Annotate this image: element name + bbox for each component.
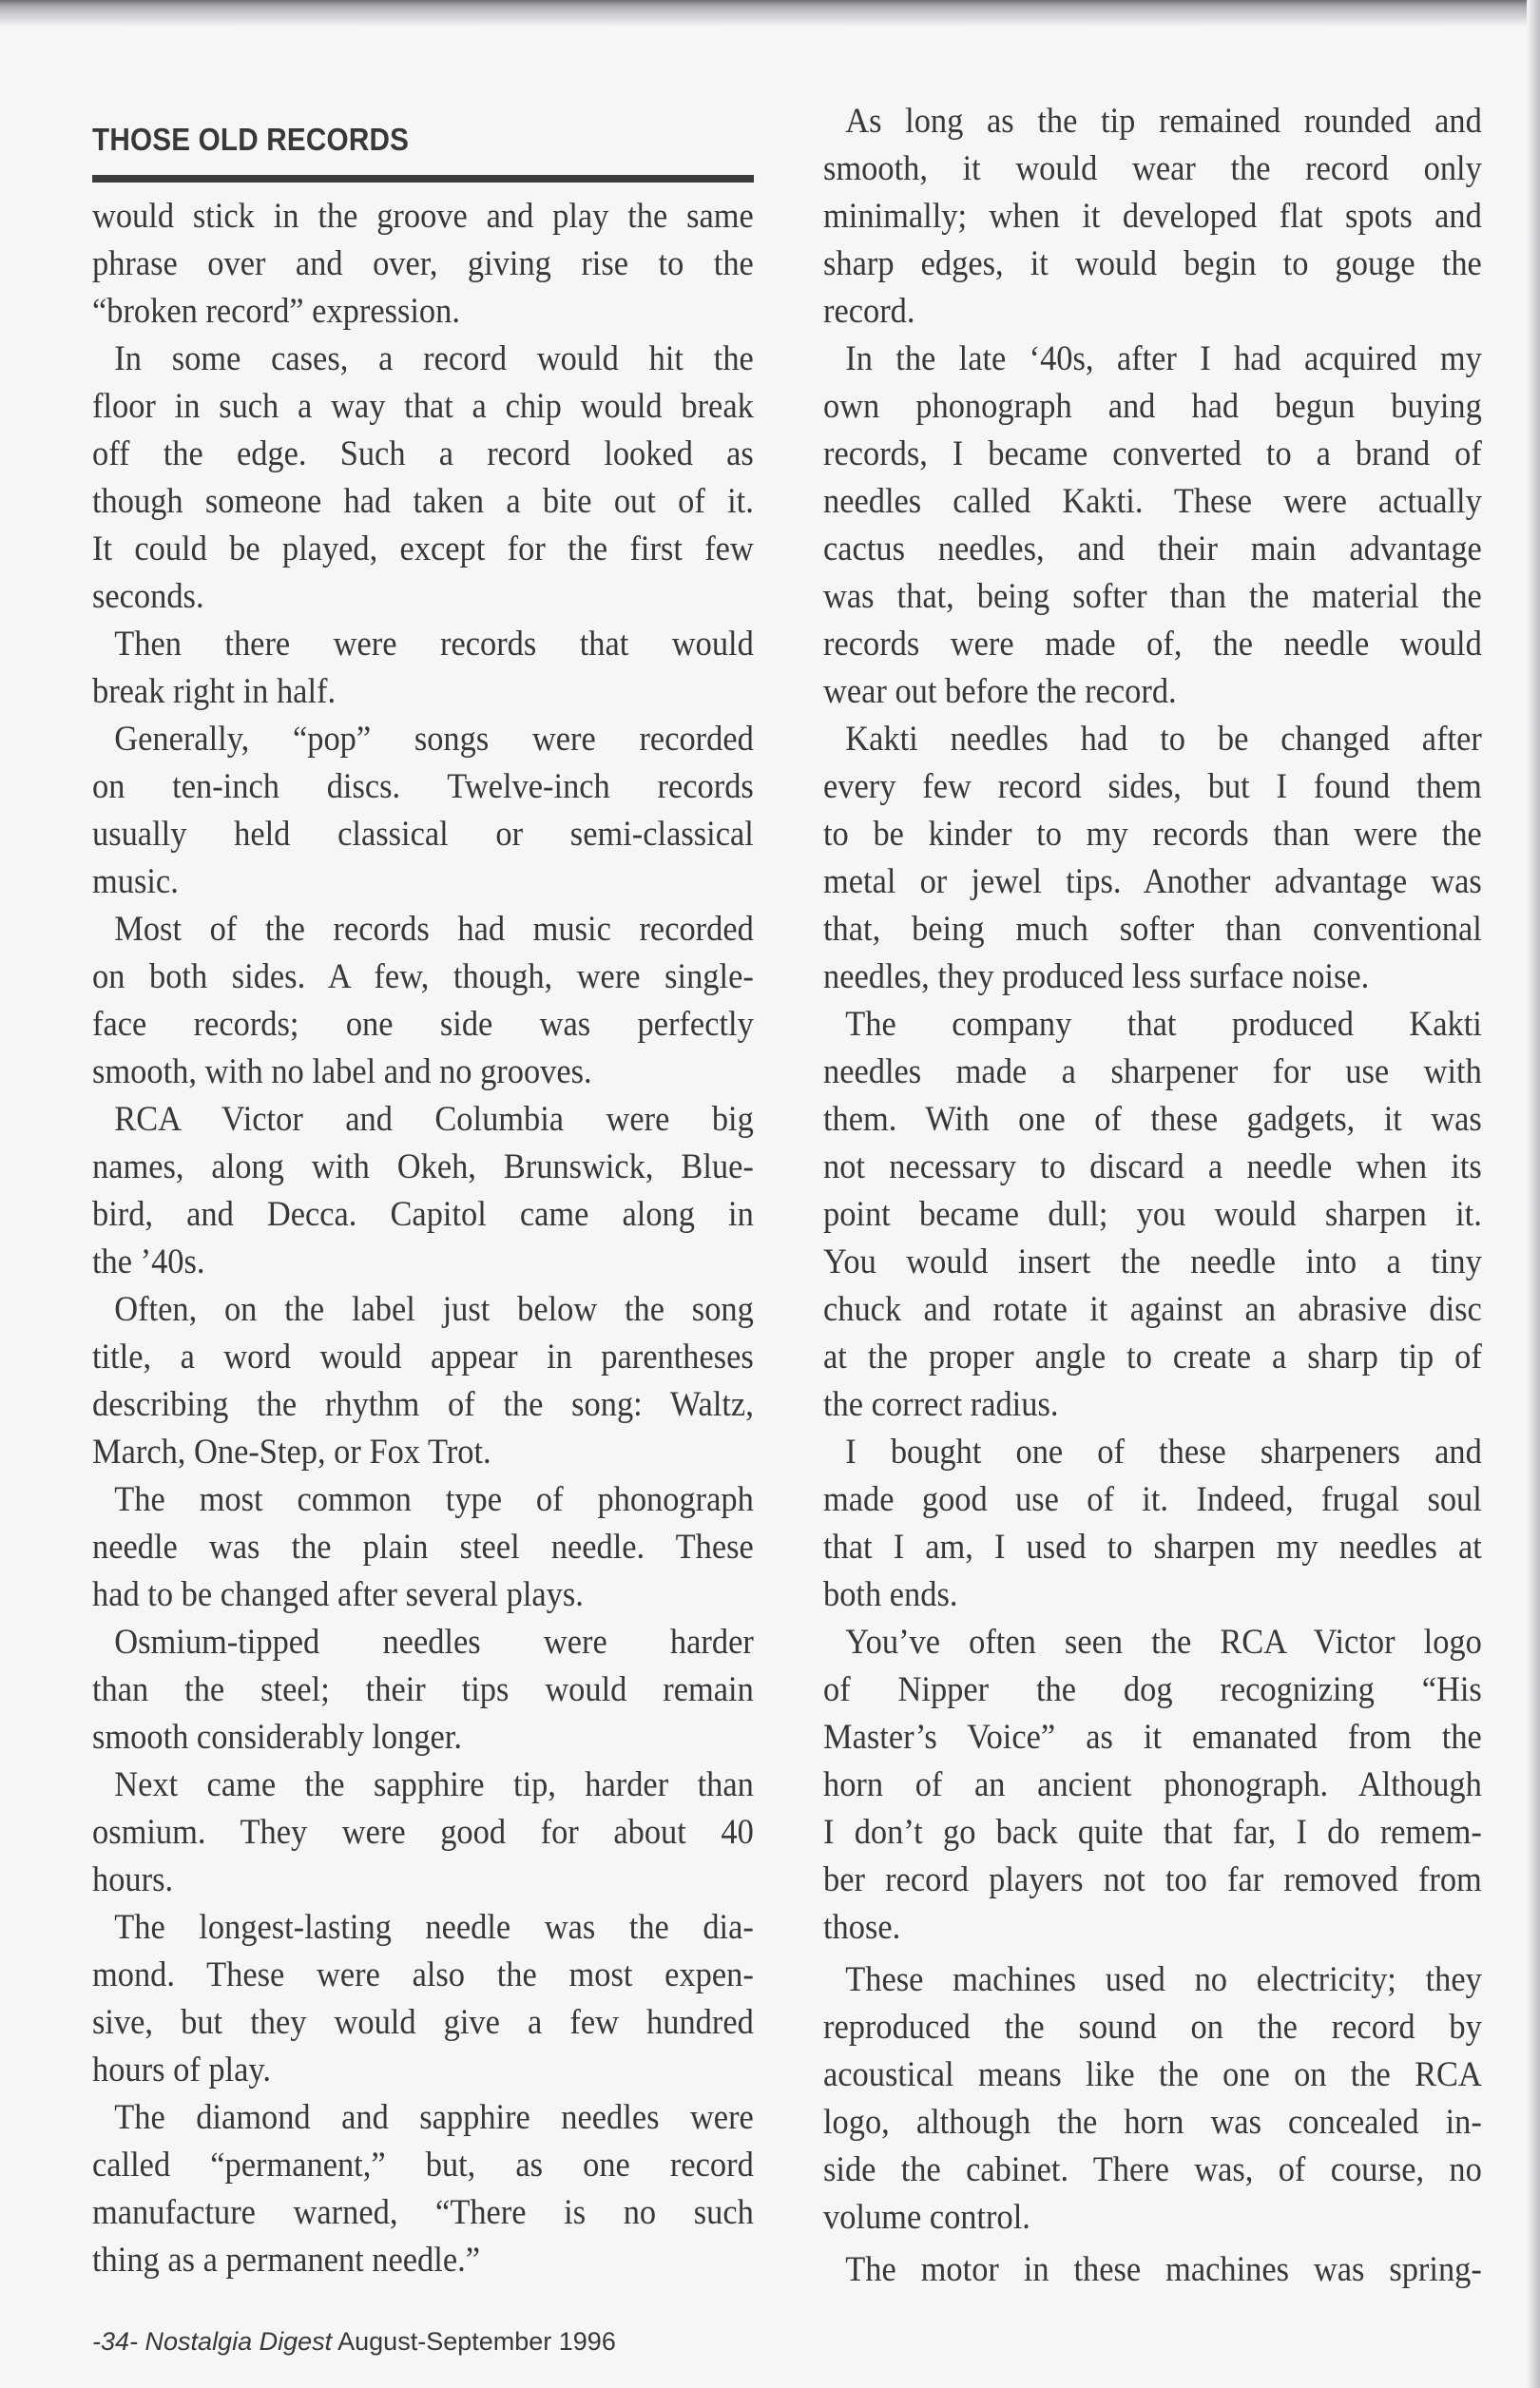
text-line: smooth, it would wear the record only xyxy=(823,145,1482,193)
text-line: sharp edges, it would begin to gouge the xyxy=(823,241,1482,288)
text-line: was that, being softer than the material… xyxy=(823,573,1482,621)
text-line: chuck and rotate it against an abrasive … xyxy=(823,1286,1482,1334)
text-line: The motor in these machines was spring- xyxy=(823,2246,1482,2294)
page-number: -34- xyxy=(92,2327,138,2356)
text-line: Kakti needles had to be changed after xyxy=(823,716,1482,763)
text-line: In the late ‘40s, after I had acquired m… xyxy=(823,336,1482,383)
text-line: title, a word would appear in parenthese… xyxy=(92,1334,754,1381)
text-line: horn of an ancient phonograph. Although xyxy=(823,1762,1482,1809)
text-line: needles, they produced less surface nois… xyxy=(823,953,1482,1001)
text-line: than the steel; their tips would remain xyxy=(92,1666,754,1714)
text-line: manufacture warned, “There is no such xyxy=(92,2189,754,2237)
text-line: on both sides. A few, though, were singl… xyxy=(92,953,754,1001)
text-line: cactus needles, and their main advantage xyxy=(823,526,1482,573)
text-line: usually held classical or semi-classical xyxy=(92,811,754,858)
text-line: Osmium-tipped needles were harder xyxy=(92,1619,754,1666)
text-line: records, I became converted to a brand o… xyxy=(823,431,1482,478)
text-line: every few record sides, but I found them xyxy=(823,763,1482,811)
text-line: The diamond and sapphire needles were xyxy=(92,2094,754,2142)
text-line: RCA Victor and Columbia were big xyxy=(92,1096,754,1144)
text-line: had to be changed after several plays. xyxy=(92,1571,754,1619)
text-line: phrase over and over, giving rise to the xyxy=(92,241,754,288)
text-line: that I am, I used to sharpen my needles … xyxy=(823,1524,1482,1571)
text-line: osmium. They were good for about 40 xyxy=(92,1809,754,1857)
text-line: minimally; when it developed flat spots … xyxy=(823,193,1482,241)
text-line: would stick in the groove and play the s… xyxy=(92,193,754,241)
text-line: March, One-Step, or Fox Trot. xyxy=(92,1429,754,1476)
text-line: on ten-inch discs. Twelve-inch records xyxy=(92,763,754,811)
text-line: describing the rhythm of the song: Waltz… xyxy=(92,1381,754,1429)
text-line: made good use of it. Indeed, frugal soul xyxy=(823,1476,1482,1524)
text-line: acoustical means like the one on the RCA xyxy=(823,2051,1482,2099)
text-line: the ’40s. xyxy=(92,1239,754,1286)
text-line: reproduced the sound on the record by xyxy=(823,2004,1482,2051)
text-line: wear out before the record. xyxy=(823,668,1482,716)
text-line: though someone had taken a bite out of i… xyxy=(92,478,754,526)
text-line: Master’s Voice” as it emanated from the xyxy=(823,1714,1482,1762)
text-line: point became dull; you would sharpen it. xyxy=(823,1191,1482,1239)
text-line: records were made of, the needle would xyxy=(823,621,1482,668)
text-line: The most common type of phonograph xyxy=(92,1476,754,1524)
publication-name: Nostalgia Digest xyxy=(145,2327,333,2356)
text-line: at the proper angle to create a sharp ti… xyxy=(823,1334,1482,1381)
text-line: both ends. xyxy=(823,1571,1482,1619)
text-line: the correct radius. xyxy=(823,1381,1482,1429)
page-footer: -34- Nostalgia Digest August-September 1… xyxy=(92,2327,616,2357)
text-line: break right in half. xyxy=(92,668,754,716)
text-line: face records; one side was perfectly xyxy=(92,1001,754,1049)
text-line: Often, on the label just below the song xyxy=(92,1286,754,1334)
text-line: floor in such a way that a chip would br… xyxy=(92,383,754,431)
text-line: metal or jewel tips. Another advantage w… xyxy=(823,858,1482,906)
text-line: ber record players not too far removed f… xyxy=(823,1857,1482,1904)
text-line: bird, and Decca. Capitol came along in xyxy=(92,1191,754,1239)
text-line: smooth considerably longer. xyxy=(92,1714,754,1762)
text-line: needles called Kakti. These were actuall… xyxy=(823,478,1482,526)
text-line: mond. These were also the most expen- xyxy=(92,1952,754,1999)
text-line: called “permanent,” but, as one record xyxy=(92,2142,754,2189)
text-line: that, being much softer than conventiona… xyxy=(823,906,1482,953)
text-line: These machines used no electricity; they xyxy=(823,1956,1482,2004)
text-line: those. xyxy=(823,1904,1482,1952)
text-line: seconds. xyxy=(92,573,754,621)
text-line: You would insert the needle into a tiny xyxy=(823,1239,1482,1286)
text-line: Next came the sapphire tip, harder than xyxy=(92,1762,754,1809)
text-line: logo, although the horn was concealed in… xyxy=(823,2099,1482,2147)
text-line: Generally, “pop” songs were recorded xyxy=(92,716,754,763)
text-line: to be kinder to my records than were the xyxy=(823,811,1482,858)
text-line: Most of the records had music recorded xyxy=(92,906,754,953)
text-line: them. With one of these gadgets, it was xyxy=(823,1096,1482,1144)
text-line: I don’t go back quite that far, I do rem… xyxy=(823,1809,1482,1857)
text-line: needle was the plain steel needle. These xyxy=(92,1524,754,1571)
text-line: record. xyxy=(823,288,1482,336)
text-line: thing as a permanent needle.” xyxy=(92,2237,754,2284)
text-line: The longest-lasting needle was the dia- xyxy=(92,1904,754,1952)
text-line: In some cases, a record would hit the xyxy=(92,336,754,383)
text-line: names, along with Okeh, Brunswick, Blue- xyxy=(92,1144,754,1191)
text-line: As long as the tip remained rounded and xyxy=(823,98,1482,145)
text-line: volume control. xyxy=(823,2194,1482,2242)
text-line: Then there were records that would xyxy=(92,621,754,668)
text-line: side the cabinet. There was, of course, … xyxy=(823,2147,1482,2194)
text-line: music. xyxy=(92,858,754,906)
text-line: of Nipper the dog recognizing “His xyxy=(823,1666,1482,1714)
text-line: The company that produced Kakti xyxy=(823,1001,1482,1049)
text-line: own phonograph and had begun buying xyxy=(823,383,1482,431)
text-line: It could be played, except for the first… xyxy=(92,526,754,573)
text-line: “broken record” expression. xyxy=(92,288,754,336)
text-line: off the edge. Such a record looked as xyxy=(92,431,754,478)
text-line: hours of play. xyxy=(92,2047,754,2094)
text-line: You’ve often seen the RCA Victor logo xyxy=(823,1619,1482,1666)
magazine-page: THOSE OLD RECORDS would stick in the gro… xyxy=(0,0,1540,2388)
section-title-rule xyxy=(92,175,754,183)
section-title: THOSE OLD RECORDS xyxy=(92,122,409,158)
text-line: smooth, with no label and no grooves. xyxy=(92,1049,754,1096)
text-line: not necessary to discard a needle when i… xyxy=(823,1144,1482,1191)
text-line: sive, but they would give a few hundred xyxy=(92,1999,754,2047)
issue-date: August-September 1996 xyxy=(337,2327,616,2356)
text-line: I bought one of these sharpeners and xyxy=(823,1429,1482,1476)
text-line: needles made a sharpener for use with xyxy=(823,1049,1482,1096)
text-line: hours. xyxy=(92,1857,754,1904)
